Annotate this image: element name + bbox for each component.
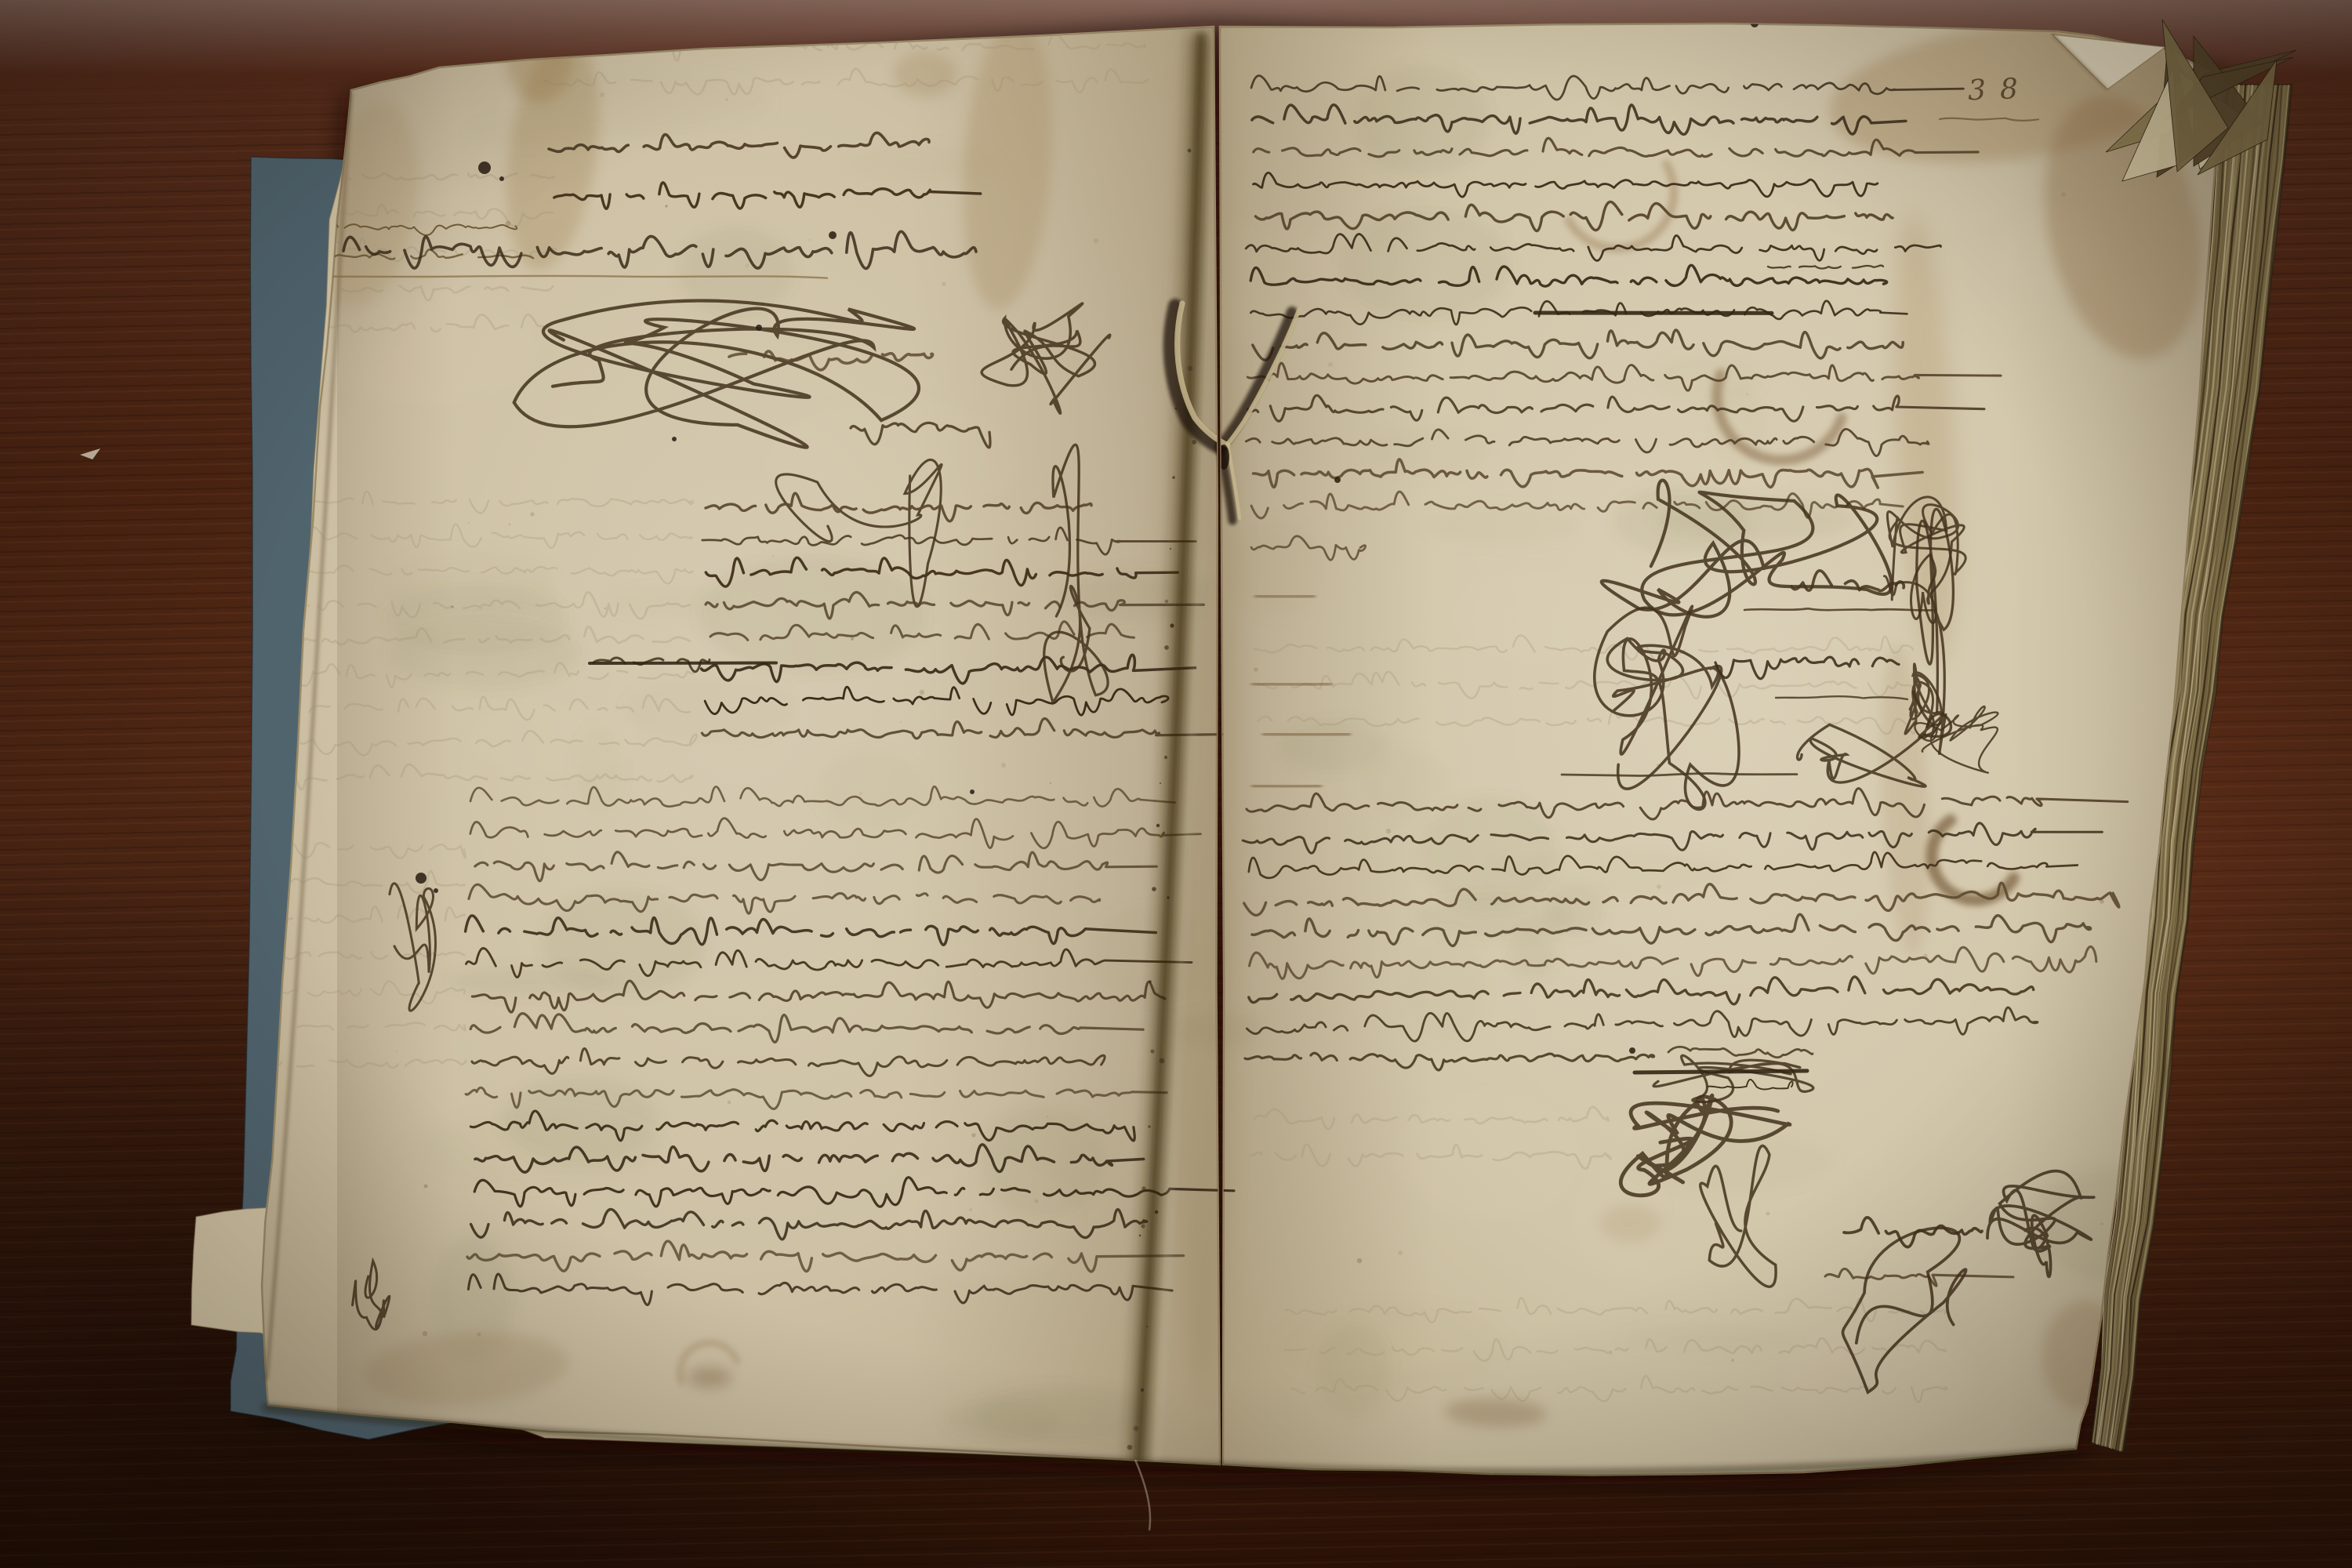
left-strike [590, 663, 776, 664]
jan-strike [1635, 1071, 1807, 1073]
manuscript-book [0, 0, 2352, 1568]
photo-of-open-manuscript: 38 [0, 0, 2352, 1568]
folio-number: 38 [1948, 72, 2051, 108]
